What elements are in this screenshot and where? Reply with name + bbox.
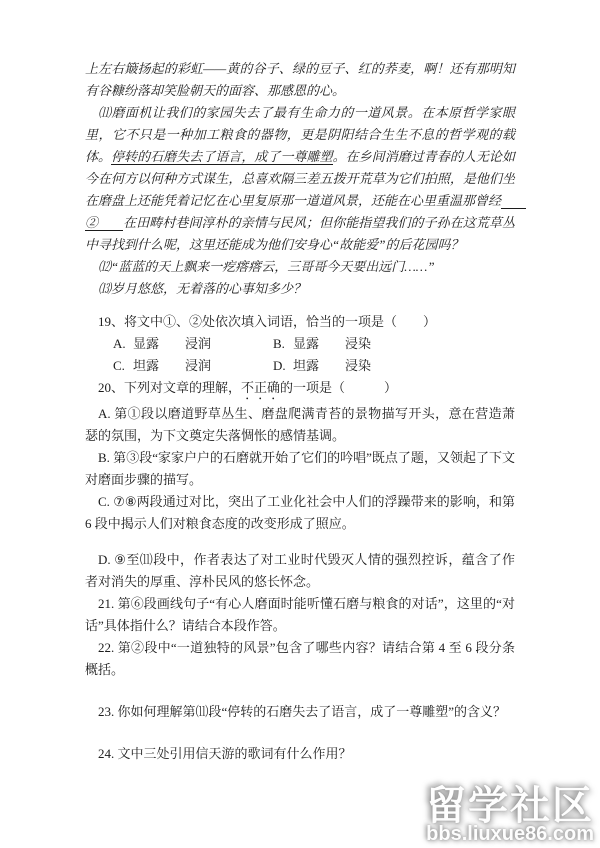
watermark: 留学社区 bbs.liuxue86.com — [426, 786, 594, 844]
option-A: A.显露浸润 — [113, 333, 273, 355]
option-word-2: 浸润 — [185, 336, 211, 351]
passage-text: 上左右簸扬起的彩虹——黄的谷子、绿的豆子、红的荞麦，啊！还有那明知有谷糠纷落却笑… — [85, 61, 515, 98]
question-20-option-D: D. ⑨至⑾段中，作者表达了对工业时代毁灭人情的强烈控诉，蕴含了作者对消失的厚重… — [85, 549, 515, 593]
option-word-2: 浸染 — [345, 336, 371, 351]
reading-passage: 上左右簸扬起的彩虹——黄的谷子、绿的豆子、红的荞麦，啊！还有那明知有谷糠纷落却笑… — [85, 58, 515, 300]
option-letter: B. — [273, 333, 293, 355]
passage-text: ⑿“蓝蓝的天上飘来一疙瘩瘩云，三哥哥今天要出远门……” — [98, 259, 435, 274]
question-22: 22. 第②段中“一道独特的风景”包含了哪些内容？请结合第 4 至 6 段分条概… — [85, 637, 515, 681]
question-19-options-row-1: A.显露浸润 B.显露浸染 — [85, 333, 515, 355]
passage-paragraph-12: ⑿“蓝蓝的天上飘来一疙瘩瘩云，三哥哥今天要出远门……” — [85, 256, 515, 278]
question-24: 24. 文中三处引用信天游的歌词有什么作用？ — [85, 743, 515, 765]
question-23: 23. 你如何理解第⑾段“停转的石磨失去了语言，成了一尊雕塑”的含义？ — [85, 701, 515, 723]
underlined-sentence: 停转的石磨失去了语言，成了一尊雕塑 — [111, 149, 333, 165]
passage-paragraph-11: ⑾磨面机让我们的家园失去了最有生命力的一道风景。在本原哲学家眼里，它不只是一种加… — [85, 102, 515, 256]
passage-paragraph-continuation: 上左右簸扬起的彩虹——黄的谷子、绿的豆子、红的荞麦，啊！还有那明知有谷糠纷落却笑… — [85, 58, 515, 102]
question-19-options-row-2: C.坦露浸润 D.坦露浸染 — [85, 355, 515, 377]
questions-section: 19、将文中①、②处依次填入词语，恰当的一项是（ ） A.显露浸润 B.显露浸染… — [85, 311, 515, 765]
question-21: 21. 第⑥段画线句子“有心人磨面时能听懂石磨与粮食的对话”，这里的“对话”具体… — [85, 593, 515, 637]
option-C: C.坦露浸润 — [113, 355, 273, 377]
stem-text: 20、下列对文章的理解， — [98, 380, 241, 395]
option-D: D.坦露浸染 — [273, 355, 433, 377]
question-19-stem: 19、将文中①、②处依次填入词语，恰当的一项是（ ） — [85, 311, 515, 333]
option-word-1: 显露 — [133, 333, 185, 355]
watermark-site-name: 留学社区 — [426, 786, 594, 826]
option-word-1: 显露 — [293, 333, 345, 355]
option-word-2: 浸润 — [185, 358, 211, 373]
watermark-site-url: bbs.liuxue86.com — [426, 824, 594, 844]
passage-paragraph-13: ⒀岁月悠悠，无着落的心事知多少？ — [85, 278, 515, 300]
option-letter: D. — [273, 355, 293, 377]
emphasized-text: 不正确 — [241, 380, 280, 395]
option-letter: A. — [113, 333, 133, 355]
option-word-2: 浸染 — [345, 358, 371, 373]
stem-text: 的一项是（ ） — [280, 380, 397, 395]
option-B: B.显露浸染 — [273, 333, 433, 355]
passage-text: ⒀岁月悠悠，无着落的心事知多少？ — [98, 281, 306, 296]
option-letter: C. — [113, 355, 133, 377]
document-page: 上左右簸扬起的彩虹——黄的谷子、绿的豆子、红的荞麦，啊！还有那明知有谷糠纷落却笑… — [0, 0, 600, 848]
document-content: 上左右簸扬起的彩虹——黄的谷子、绿的豆子、红的荞麦，啊！还有那明知有谷糠纷落却笑… — [85, 58, 515, 765]
option-word-1: 坦露 — [133, 355, 185, 377]
question-20-option-B: B. 第③段“家家户户的石磨就开始了它们的吟唱”既点了题，又领起了下文对磨面步骤… — [85, 447, 515, 491]
question-20-option-A: A. 第①段以磨道野草丛生、磨盘爬满青苔的景物描写开头，意在营造萧瑟的氛围，为下… — [85, 403, 515, 447]
option-word-1: 坦露 — [293, 355, 345, 377]
passage-text: 在田畴村巷间淳朴的亲情与民风；但你能指望我们的子孙在这荒草丛中寻找到什么呢，这里… — [85, 215, 515, 252]
question-20-stem: 20、下列对文章的理解，不正确的一项是（ ） — [85, 377, 515, 403]
question-20-option-C: C. ⑦⑧两段通过对比，突出了工业化社会中人们的浮躁带来的影响，和第 6 段中揭… — [85, 491, 515, 535]
